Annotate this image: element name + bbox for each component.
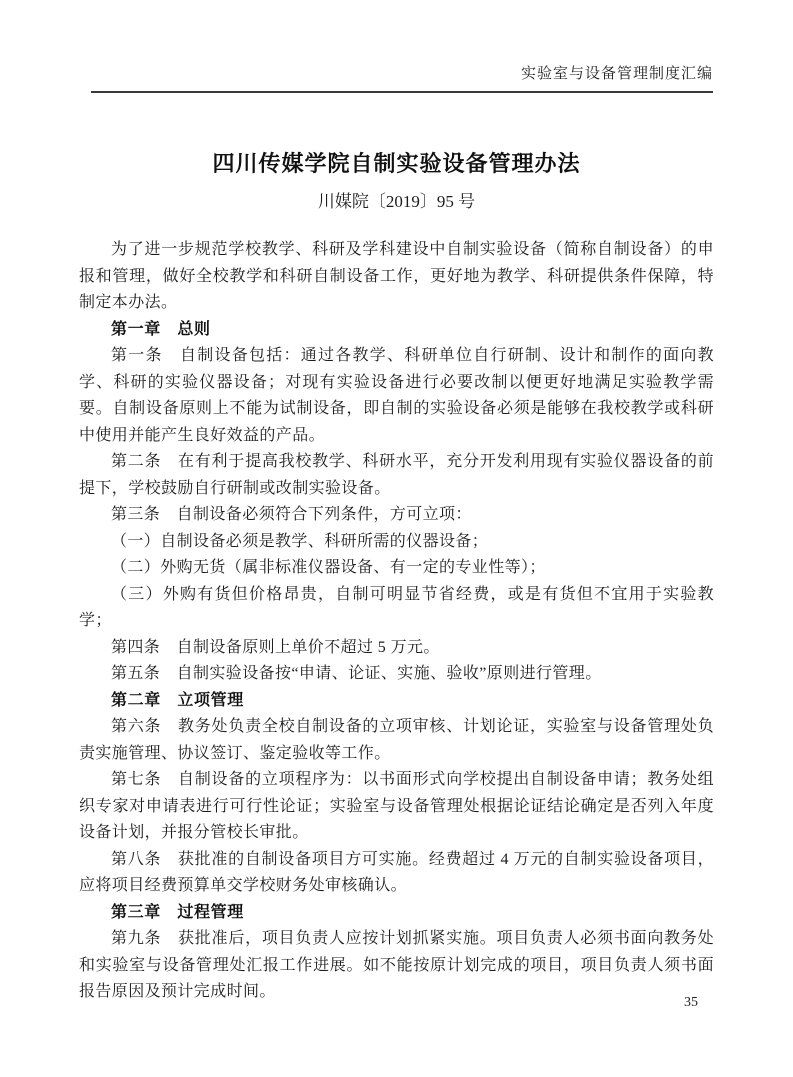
- chapter-3-heading: 第三章 过程管理: [79, 900, 714, 927]
- article-1: 第一条 自制设备包括：通过各教学、科研单位自行研制、设计和制作的面向教学、科研的…: [79, 343, 714, 449]
- page-title: 四川传媒学院自制实验设备管理办法: [0, 150, 793, 178]
- running-header: 实验室与设备管理制度汇编: [91, 66, 713, 93]
- article-8: 第八条 获批准的自制设备项目方可实施。经费超过 4 万元的自制实验设备项目，应将…: [79, 847, 714, 900]
- article-4: 第四条 自制设备原则上单价不超过 5 万元。: [79, 635, 714, 662]
- article-3-item-3: （三）外购有货但价格昂贵，自制可明显节省经费，或是有货但不宜用于实验教学；: [79, 582, 714, 635]
- intro-paragraph: 为了进一步规范学校教学、科研及学科建设中自制实验设备（简称自制设备）的申报和管理…: [79, 237, 714, 317]
- article-3-item-2: （二）外购无货（属非标准仪器设备、有一定的专业性等）；: [79, 555, 714, 582]
- article-7: 第七条 自制设备的立项程序为：以书面形式向学校提出自制设备申请；教务处组织专家对…: [79, 767, 714, 847]
- article-9: 第九条 获批准后，项目负责人应按计划抓紧实施。项目负责人必须书面向教务处和实验室…: [79, 926, 714, 1006]
- doc-number: 川媒院〔2019〕95 号: [0, 191, 793, 213]
- chapter-2-heading: 第二章 立项管理: [79, 688, 714, 715]
- document-body: 为了进一步规范学校教学、科研及学科建设中自制实验设备（简称自制设备）的申报和管理…: [79, 237, 714, 1006]
- article-5: 第五条 自制实验设备按“申请、论证、实施、验收”原则进行管理。: [79, 661, 714, 688]
- article-3-item-1: （一）自制设备必须是教学、科研所需的仪器设备；: [79, 529, 714, 556]
- article-3: 第三条 自制设备必须符合下列条件，方可立项：: [79, 502, 714, 529]
- article-6: 第六条 教务处负责全校自制设备的立项审核、计划论证，实验室与设备管理处负责实施管…: [79, 714, 714, 767]
- chapter-1-heading: 第一章 总则: [79, 317, 714, 344]
- document-page: 实验室与设备管理制度汇编 四川传媒学院自制实验设备管理办法 川媒院〔2019〕9…: [0, 0, 793, 1077]
- page-number: 35: [0, 995, 698, 1011]
- article-2: 第二条 在有利于提高我校教学、科研水平，充分开发利用现有实验仪器设备的前提下，学…: [79, 449, 714, 502]
